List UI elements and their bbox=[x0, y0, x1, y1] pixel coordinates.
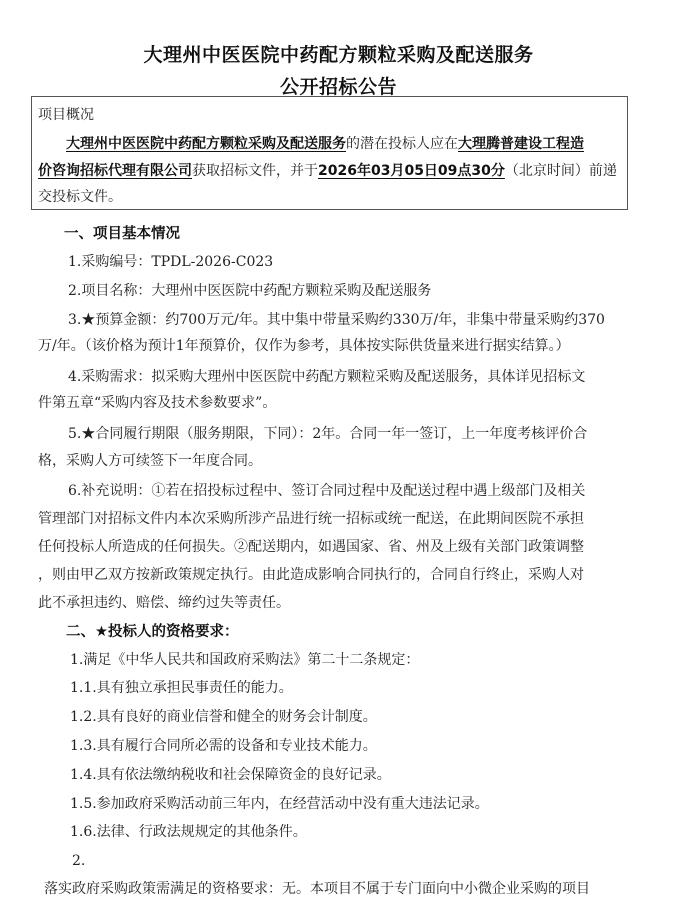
section2-item1: 1.满足《中华人民共和国政府采购法》第二十二条规定： bbox=[70, 651, 419, 669]
section2-item1-6: 1.6.法律、行政法规规定的其他条件。 bbox=[70, 823, 307, 841]
overview-text-1: 的潜在投标人应在 bbox=[346, 136, 458, 152]
overview-text-2: 获取招标文件，并于 bbox=[192, 163, 318, 179]
section1-item6-line4: ，则由甲乙双方按新政策规定执行。由此造成影响合同执行的，合同自行终止，采购人对 bbox=[38, 566, 584, 584]
document-page: 大理州中医医院中药配方颗粒采购及配送服务 公开招标公告 项目概况 大理州中医医院… bbox=[0, 0, 677, 912]
section2-item1-5: 1.5.参加政府采购活动前三年内，在经营活动中没有重大违法记录。 bbox=[70, 795, 489, 813]
section2-item2-number: 2. bbox=[72, 852, 85, 870]
section2-item1-3: 1.3.具有履行合同所必需的设备和专业技术能力。 bbox=[70, 737, 377, 755]
section2-item2-text: 落实政府采购政策需满足的资格要求：无。本项目不属于专门面向中小微企业采购的项目 bbox=[44, 880, 590, 898]
deadline-datetime: 2026年03月05日09点30分 bbox=[318, 163, 505, 179]
document-title: 大理州中医医院中药配方颗粒采购及配送服务 bbox=[0, 40, 677, 67]
section1-heading: 一、项目基本情况 bbox=[64, 225, 180, 243]
section1-item1: 1.采购编号：TPDL-2026-C023 bbox=[68, 253, 273, 271]
section2-item1-2: 1.2.具有良好的商业信誉和健全的财务会计制度。 bbox=[70, 708, 377, 726]
section1-item4-line2: 件第五章“采购内容及技术参数要求”。 bbox=[38, 394, 276, 412]
section1-item2: 2.项目名称：大理州中医医院中药配方颗粒采购及配送服务 bbox=[68, 282, 431, 300]
section1-item5-line2: 格，采购人方可续签下一年度合同。 bbox=[38, 452, 262, 470]
document-subtitle: 公开招标公告 bbox=[0, 72, 677, 99]
section1-item6-line3: 任何投标人所造成的任何损失。②配送期内，如遇国家、省、州及上级有关部门政策调整 bbox=[38, 538, 584, 556]
section2-item1-1: 1.1.具有独立承担民事责任的能力。 bbox=[70, 679, 293, 697]
section1-item6-line5: 此不承担违约、赔偿、缔约过失等责任。 bbox=[38, 594, 290, 612]
agency-name-part2: 价咨询招标代理有限公司 bbox=[38, 163, 192, 179]
section2-heading: 二、★投标人的资格要求： bbox=[66, 623, 239, 641]
section1-item6-line1: 6.补充说明：①若在招投标过程中、签订合同过程中及配送过程中遇上级部门及相关 bbox=[68, 482, 585, 500]
project-name-link: 大理州中医医院中药配方颗粒采购及配送服务 bbox=[66, 136, 346, 152]
overview-text-3: （北京时间）前递 bbox=[505, 163, 617, 179]
section1-item5-line1: 5.★合同履行期限（服务期限，下同）：2年。合同一年一签订，上一年度考核评价合 bbox=[68, 425, 587, 443]
overview-line-3: 交投标文件。 bbox=[38, 188, 122, 206]
overview-line-1: 大理州中医医院中药配方颗粒采购及配送服务的潜在投标人应在大理腾普建设工程造 bbox=[66, 135, 584, 153]
section1-item3-line2: 万/年。（该价格为预计1年预算价，仅作为参考，具体按实际供货量来进行据实结算。） bbox=[38, 337, 570, 355]
agency-name-part1: 大理腾普建设工程造 bbox=[458, 136, 584, 152]
section1-item6-line2: 管理部门对招标文件内本次采购所涉产品进行统一招标或统一配送，在此期间医院不承担 bbox=[38, 510, 584, 528]
overview-label: 项目概况 bbox=[38, 106, 94, 124]
overview-line-2: 价咨询招标代理有限公司获取招标文件，并于2026年03月05日09点30分（北京… bbox=[38, 162, 617, 180]
section2-item1-4: 1.4.具有依法缴纳税收和社会保障资金的良好记录。 bbox=[70, 766, 391, 784]
section1-item3-line1: 3.★预算金额：约700万元/年。其中集中带量采购约330万/年，非集中带量采购… bbox=[68, 311, 605, 329]
section1-item4-line1: 4.采购需求：拟采购大理州中医医院中药配方颗粒采购及配送服务，具体详见招标文 bbox=[68, 368, 585, 386]
